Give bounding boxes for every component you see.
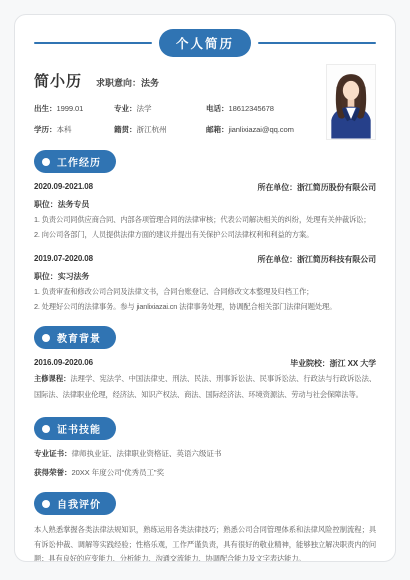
section-title-evaluation: 自我评价 [57, 496, 101, 511]
job-bullet: 2. 处理好公司的法律事务。参与 jianlixiazai.cn 法律事务处理，… [34, 301, 376, 312]
certificate-row: 专业证书：律师执业证、法律职业资格证、英语六级证书 [34, 448, 376, 459]
job-entry-2: 2019.07-2020.08 所在单位：浙江简历科技有限公司 职位：实习法务 … [34, 254, 376, 312]
section-dot-icon [42, 334, 50, 342]
courses-label: 主修课程： [34, 374, 70, 383]
section-dot-icon [42, 500, 50, 508]
section-dot-icon [42, 158, 50, 166]
profile-info-grid: 出生：1999.01 专业：法学 电话：18612345678 学历：本科 籍贯… [34, 103, 326, 135]
honor-row: 获得荣誉：20XX 年度公司“优秀员工”奖 [34, 467, 376, 478]
name-row: 简小历 求职意向：法务 [34, 70, 326, 91]
info-phone: 电话：18612345678 [206, 103, 326, 114]
job-intention-label: 求职意向： [96, 78, 141, 88]
job-head: 2020.09-2021.08 所在单位：浙江简历股份有限公司 [34, 182, 376, 193]
resume-card: 个人简历 简小历 求职意向：法务 出生：1999.01 专业：法学 电话：186… [14, 14, 396, 562]
section-header-work: 工作经历 [34, 150, 116, 173]
education-school: 毕业院校：浙江 XX 大学 [290, 358, 376, 369]
job-intention: 求职意向：法务 [96, 76, 159, 89]
certificate-label: 专业证书： [34, 449, 71, 458]
info-degree: 学历：本科 [34, 124, 114, 135]
job-position-value: 法务专员 [58, 200, 90, 209]
education-courses: 主修课程：法理学、宪法学、中国法律史、刑法、民法、刑事诉讼法、民事诉讼法、行政法… [34, 371, 376, 403]
job-company: 所在单位：浙江简历股份有限公司 [258, 182, 377, 193]
section-header-evaluation: 自我评价 [34, 492, 116, 515]
honor-label: 获得荣誉： [34, 468, 71, 477]
resume-title-row: 个人简历 [34, 29, 376, 57]
info-email: 邮箱：jianlixiazai@qq.com [206, 124, 326, 135]
section-header-education: 教育背景 [34, 326, 116, 349]
job-position-label: 职位： [34, 200, 58, 209]
job-company: 所在单位：浙江简历科技有限公司 [258, 254, 377, 265]
profile-info-block: 简小历 求职意向：法务 出生：1999.01 专业：法学 电话：18612345… [34, 64, 326, 144]
job-period: 2019.07-2020.08 [34, 254, 93, 265]
resume-title-badge: 个人简历 [159, 29, 251, 57]
section-title-work: 工作经历 [57, 154, 101, 169]
courses-text: 法理学、宪法学、中国法律史、刑法、民法、刑事诉讼法、民事诉讼法、行政法与行政诉讼… [34, 374, 376, 399]
job-bullet: 2. 向公司各部门，人员提供法律方面的建议并提出有关保护公司法律权利和利益的方案… [34, 229, 376, 240]
info-hometown: 籍贯：浙江杭州 [114, 124, 206, 135]
certificate-value: 律师执业证、法律职业资格证、英语六级证书 [71, 449, 221, 458]
job-position-label: 职位： [34, 272, 58, 281]
title-line-right [258, 42, 376, 44]
job-position-row: 职位：法务专员 [34, 199, 376, 210]
info-birth: 出生：1999.01 [34, 103, 114, 114]
job-bullet: 1. 负责公司同供应商合同、内部各项管理合同的法律审核；代表公司解决相关的纠纷，… [34, 214, 376, 225]
job-intention-value: 法务 [141, 78, 159, 88]
self-evaluation-text: 本人熟悉掌握各类法律法规知识，熟练运用各类法律技巧；熟悉公司合同管理体系和法律风… [34, 523, 376, 562]
profile-photo [326, 64, 376, 140]
job-entry-1: 2020.09-2021.08 所在单位：浙江简历股份有限公司 职位：法务专员 … [34, 182, 376, 240]
candidate-name: 简小历 [34, 70, 82, 91]
education-period: 2016.09-2020.06 [34, 358, 93, 369]
woman-portrait-icon [327, 65, 375, 139]
section-certificates: 证书技能 专业证书：律师执业证、法律职业资格证、英语六级证书 获得荣誉：20XX… [34, 417, 376, 478]
education-head: 2016.09-2020.06 毕业院校：浙江 XX 大学 [34, 358, 376, 369]
job-position-row: 职位：实习法务 [34, 271, 376, 282]
section-education: 教育背景 2016.09-2020.06 毕业院校：浙江 XX 大学 主修课程：… [34, 326, 376, 403]
section-work-experience: 工作经历 2020.09-2021.08 所在单位：浙江简历股份有限公司 职位：… [34, 150, 376, 312]
job-head: 2019.07-2020.08 所在单位：浙江简历科技有限公司 [34, 254, 376, 265]
section-dot-icon [42, 425, 50, 433]
job-position-value: 实习法务 [58, 272, 90, 281]
section-title-education: 教育背景 [57, 330, 101, 345]
info-major: 专业：法学 [114, 103, 206, 114]
profile-section: 简小历 求职意向：法务 出生：1999.01 专业：法学 电话：18612345… [34, 64, 376, 144]
honor-value: 20XX 年度公司“优秀员工”奖 [71, 468, 164, 477]
section-self-evaluation: 自我评价 本人熟悉掌握各类法律法规知识，熟练运用各类法律技巧；熟悉公司合同管理体… [34, 492, 376, 562]
job-bullet: 1. 负责审查和修改公司合同及法律文书，合同台账登记、合同修改文本整理及归档工作… [34, 286, 376, 297]
title-line-left [34, 42, 152, 44]
section-title-certificates: 证书技能 [57, 421, 101, 436]
section-header-certificates: 证书技能 [34, 417, 116, 440]
job-period: 2020.09-2021.08 [34, 182, 93, 193]
